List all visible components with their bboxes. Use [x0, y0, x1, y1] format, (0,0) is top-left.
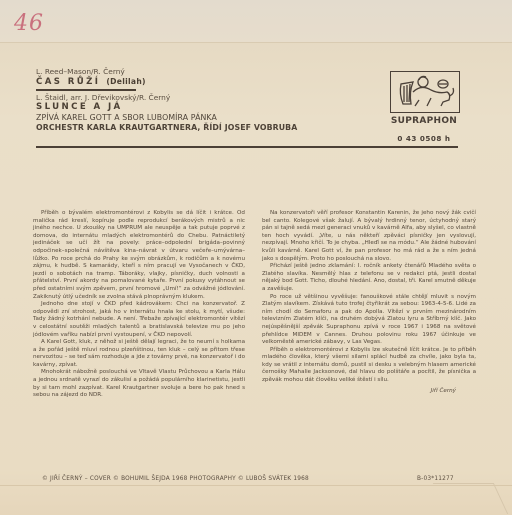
track-1-title-text: ČAS RŮŽÍ [36, 77, 100, 87]
liner-paragraph: Příběh o bývalém elektromontérovi z Koby… [33, 210, 245, 301]
liner-paragraph: Přichází ještě jedno zklamání: I. ročník… [262, 263, 476, 293]
liner-notes-left-column: Příběh o bývalém elektromontérovi z Koby… [33, 210, 245, 400]
sleeve-top-flap [0, 0, 512, 43]
supraphon-logo-icon [390, 71, 460, 113]
liner-paragraph: A Karel Gott, kluk, z něhož si ještě děl… [33, 339, 245, 369]
catalog-number: 0 43 0508 h [386, 134, 462, 143]
liner-paragraph: Příběh o elektromontérovi z Kobylis lze … [262, 347, 476, 385]
label-name: SUPRAPHON [386, 116, 462, 126]
copyright-credits: © JIŘÍ ČERNÝ – COVER © BOHUMIL ŠEJDA 196… [42, 476, 309, 482]
print-code: B-03*11277 [417, 476, 454, 482]
footer-credits: © JIŘÍ ČERNÝ – COVER © BOHUMIL ŠEJDA 196… [42, 476, 492, 482]
performer-line-2: ORCHESTR KARLA KRAUTGARTNERA, ŘÍDÍ JOSEF… [36, 123, 346, 133]
liner-paragraph: Jednoho dne stojí v ČKD před kádrovákem:… [33, 301, 245, 339]
track-credits: L. Reed–Mason/R. Černý ČAS RŮŽÍ(Delilah)… [36, 67, 346, 133]
track-1-title: ČAS RŮŽÍ(Delilah) [36, 76, 346, 88]
liner-notes-right-column: Na konzervatoři věří profesor Konstantin… [262, 210, 476, 395]
header-divider [36, 146, 458, 148]
track-2-credit: L. Štaidl, arr. J. Dřevikovský/R. Černý [36, 93, 346, 102]
record-sleeve-back: 46 L. Reed–Mason/R. Černý ČAS RŮŽÍ(Delil… [0, 0, 512, 515]
author-signature: Jiří Černý [262, 388, 476, 396]
track-1-credit: L. Reed–Mason/R. Černý [36, 67, 346, 76]
sleeve-corner-fold [433, 483, 508, 514]
liner-paragraph: Po roce už většinou vyvěšuje: fanouškové… [262, 294, 476, 347]
liner-paragraph: Mnohokrát nábožně poslouchá ve Vltavě Vl… [33, 369, 245, 399]
liner-paragraph: Na konzervatoři věří profesor Konstantin… [262, 210, 476, 263]
track-1-subtitle: (Delilah) [106, 77, 145, 86]
handwritten-number: 46 [14, 11, 44, 36]
performer-line-1: ZPÍVÁ KAREL GOTT A SBOR LUBOMÍRA PÁNKA [36, 113, 346, 123]
title-divider [36, 89, 136, 91]
track-2-title: SLUNCE A JÁ [36, 102, 346, 113]
